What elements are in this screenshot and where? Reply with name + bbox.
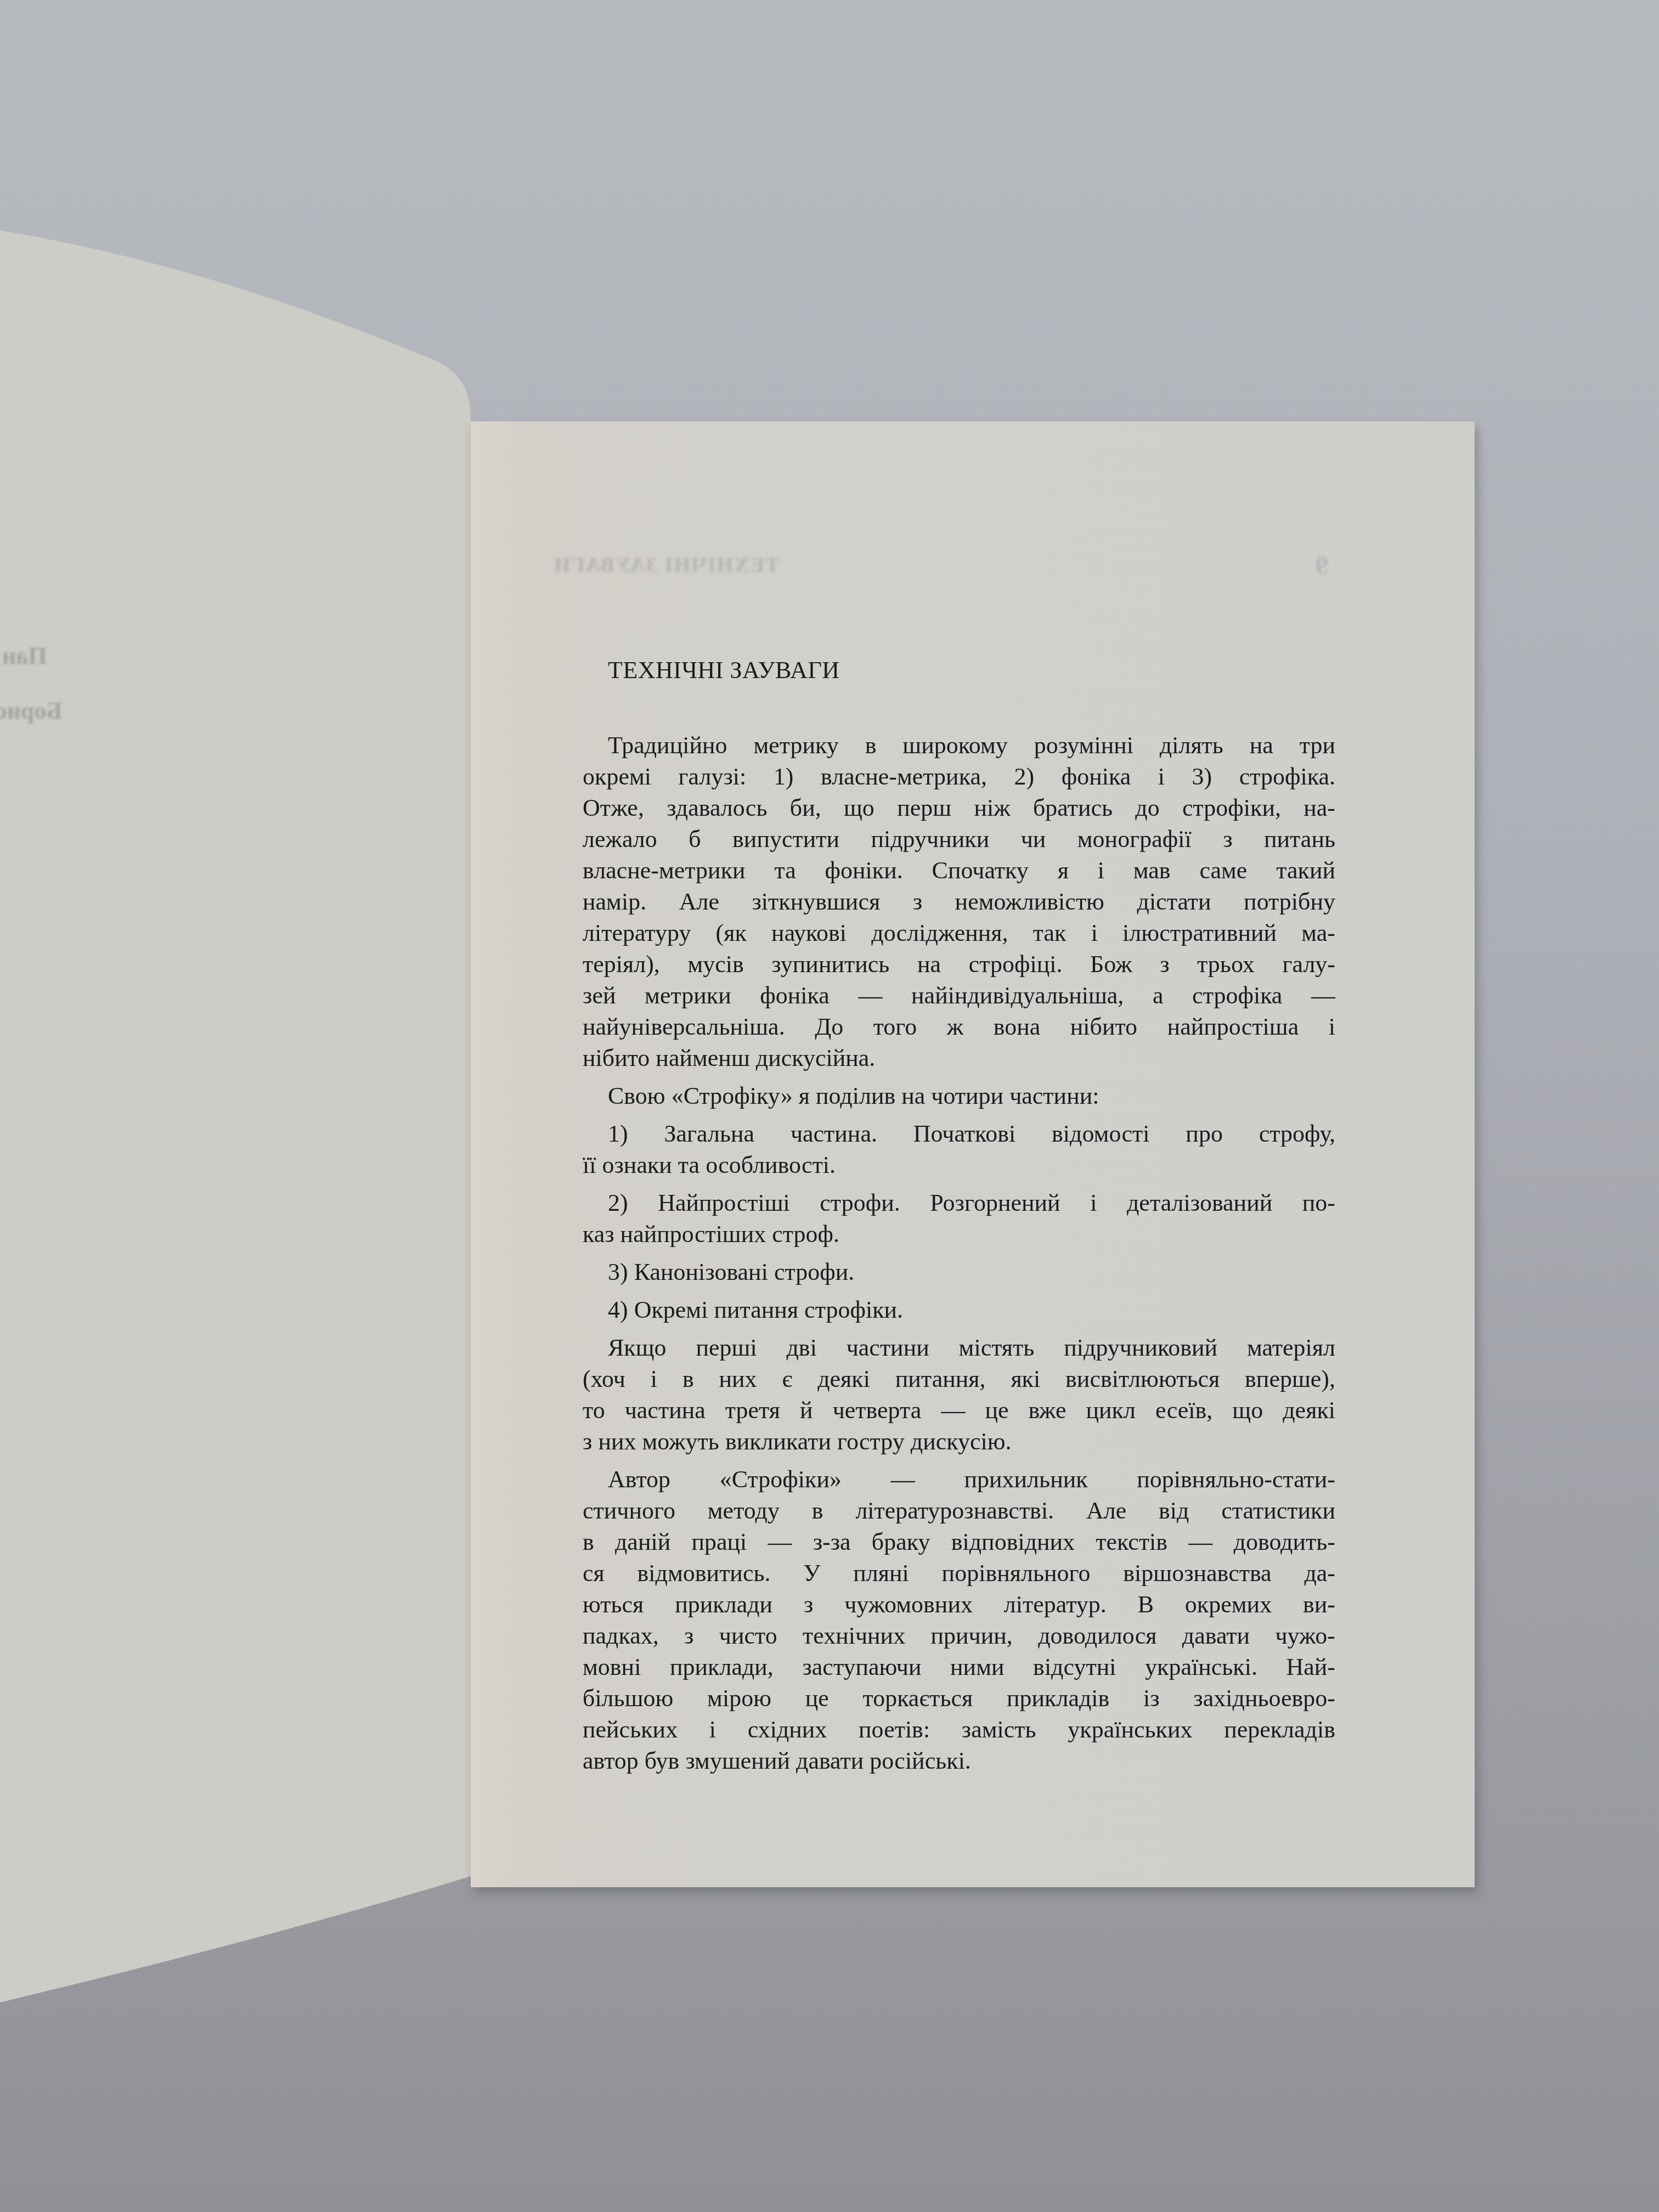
text-line: пейських і східних поетів: замість украї… xyxy=(583,1714,1335,1745)
list-item-part-1: 1) Загальна частина. Початкові відомості… xyxy=(608,1118,1335,1181)
text-line: Отже, здавалось би, що перш ніж братись … xyxy=(583,792,1335,823)
text-line: з них можуть викликати гостру дискусію. xyxy=(583,1426,1335,1457)
text-line: намір. Але зіткнувшися з неможливістю ді… xyxy=(583,886,1335,917)
page-body: ТЕХНІЧНІ ЗАУВАГИ Традиційно метрику в ши… xyxy=(608,654,1335,1783)
left-page-bleed-text-1: Пан ... xyxy=(0,642,47,670)
text-line: її ознаки та особливості. xyxy=(583,1149,1335,1181)
bleed-through-running-header: ТЕХНІЧНІ ЗАУВАГИ xyxy=(553,553,779,577)
left-page-bleed-text-2: Борис... xyxy=(0,697,62,725)
text-line: літературу (як наукові дослідження, так … xyxy=(583,917,1335,949)
text-line: Автор «Строфіки» — прихильник порівняльн… xyxy=(608,1464,1335,1495)
text-line: Традиційно метрику в широкому розумінні … xyxy=(608,730,1335,761)
text-line: 2) Найпростіші строфи. Розгорнений і дет… xyxy=(608,1187,1335,1218)
text-line: нібито найменш дискусійна. xyxy=(583,1042,1335,1074)
right-page: ТЕХНІЧНІ ЗАУВАГИ 9 ТЕХНІЧНІ ЗАУВАГИ Трад… xyxy=(471,421,1475,1887)
bleed-through-page-number: 9 xyxy=(1316,551,1328,580)
text-line: стичного методу в літературознавстві. Ал… xyxy=(583,1495,1335,1526)
text-line: найуніверсальніша. До того ж вона нібито… xyxy=(583,1011,1335,1042)
list-item-part-3: 3) Канонізовані строфи. xyxy=(608,1256,1335,1288)
text-line: власне-метрики та фоніки. Спочатку я і м… xyxy=(583,855,1335,886)
text-line: лежало б випустити підручники чи моногра… xyxy=(583,823,1335,855)
list-item-part-2: 2) Найпростіші строфи. Розгорнений і дет… xyxy=(608,1187,1335,1250)
text-line: окремі галузі: 1) власне-метрика, 2) фон… xyxy=(583,761,1335,792)
text-line: каз найпростіших строф. xyxy=(583,1218,1335,1250)
page-title: ТЕХНІЧНІ ЗАУВАГИ xyxy=(608,654,1335,686)
list-item-part-4: 4) Окремі питання строфіки. xyxy=(608,1294,1335,1325)
text-line: в даній праці — з-за браку відповідних т… xyxy=(583,1526,1335,1558)
text-line: 4) Окремі питання строфіки. xyxy=(608,1294,1335,1325)
text-line: 1) Загальна частина. Початкові відомості… xyxy=(608,1118,1335,1149)
paragraph-methodology: Автор «Строфіки» — прихильник порівняльн… xyxy=(608,1464,1335,1776)
text-line: (хоч і в них є деякі питання, які висвіт… xyxy=(583,1363,1335,1395)
text-line: Свою «Строфіку» я поділив на чотири част… xyxy=(608,1080,1335,1111)
text-line: теріял), мусів зупинитись на строфіці. Б… xyxy=(583,949,1335,980)
text-line: мовні приклади, заступаючи ними відсутні… xyxy=(583,1651,1335,1683)
text-line: Якщо перші дві частини містять підручник… xyxy=(608,1332,1335,1363)
paragraph-parts-description: Якщо перші дві частини містять підручник… xyxy=(608,1332,1335,1457)
text-line: 3) Канонізовані строфи. xyxy=(608,1256,1335,1288)
text-line: більшою мірою це торкається прикладів із… xyxy=(583,1683,1335,1714)
text-line: зей метрики фоніка — найіндивідуальніша,… xyxy=(583,980,1335,1011)
text-line: ся відмовитись. У пляні порівняльного ві… xyxy=(583,1558,1335,1589)
text-line: то частина третя й четверта — це вже цик… xyxy=(583,1395,1335,1426)
paragraph-structure-intro: Свою «Строфіку» я поділив на чотири част… xyxy=(608,1080,1335,1111)
text-line: ються приклади з чужомовних літератур. В… xyxy=(583,1589,1335,1620)
text-line: падках, з чисто технічних причин, доводи… xyxy=(583,1620,1335,1651)
paragraph-intro: Традиційно метрику в широкому розумінні … xyxy=(608,730,1335,1074)
text-line: автор був змушений давати російські. xyxy=(583,1745,1335,1776)
